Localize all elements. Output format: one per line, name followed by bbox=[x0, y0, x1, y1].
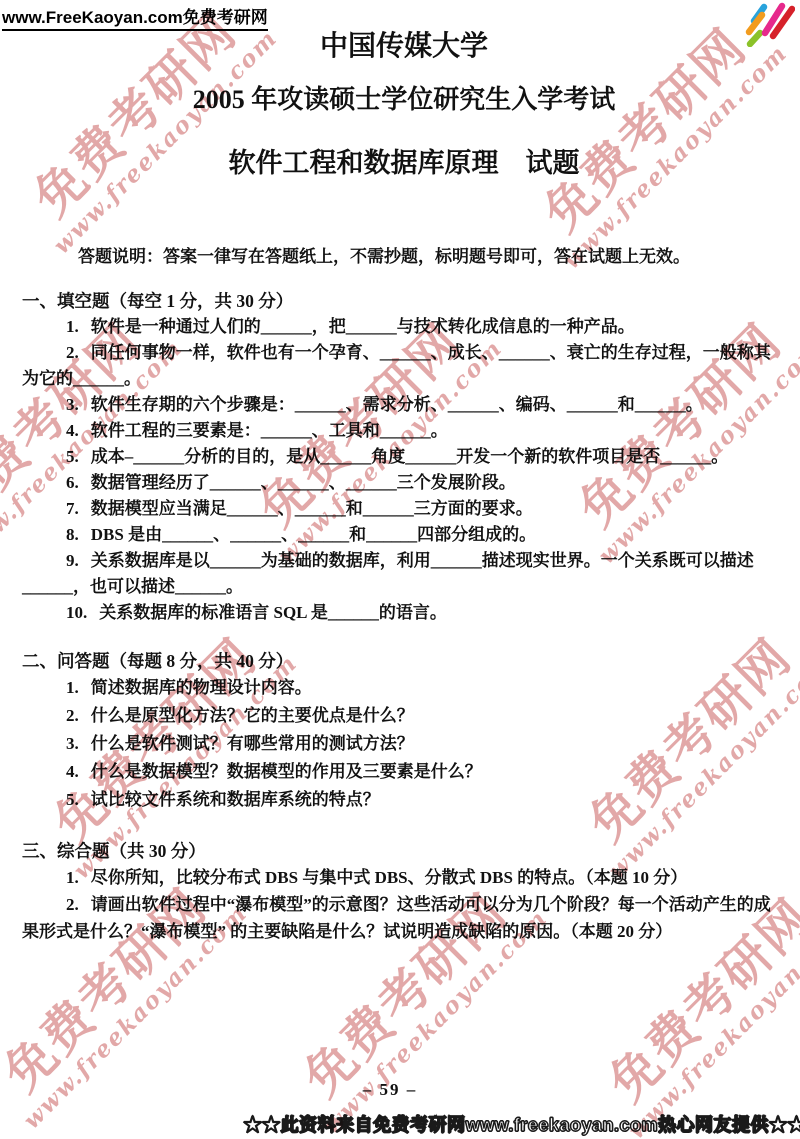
item-number: 2. bbox=[66, 895, 79, 914]
freekaoyan-logo-icon bbox=[741, 1, 795, 47]
item-text: 关系数据库是以______为基础的数据库，利用______描述现实世界。一个关系… bbox=[22, 551, 754, 596]
item-text: 关系数据库的标准语言 SQL 是______的语言。 bbox=[99, 603, 447, 622]
exam-title: 2005 年攻读硕士学位研究生入学考试 bbox=[22, 84, 786, 116]
footer-credit: ★★此资料来自免费考研网www.freekaoyan.com热心网友提供★★ bbox=[244, 1111, 800, 1137]
watermark-en-text: www.freekaoyan.com bbox=[624, 914, 800, 1139]
question-item: 2.请画出软件过程中“瀑布模型”的示意图？这些活动可以分为几个阶段？每一个活动产… bbox=[22, 891, 786, 945]
answer-instructions: 答题说明：答案一律写在答题纸上，不需抄题，标明题号即可，答在试题上无效。 bbox=[22, 244, 786, 270]
question-item: 4.软件工程的三要素是：______、工具和______。 bbox=[22, 418, 786, 444]
scanned-exam-page: www.FreeKaoyan.com免费考研网 中国传媒大学 2005 年攻读硕… bbox=[0, 0, 800, 1139]
item-text: DBS 是由______、______、______和______四部分组成的。 bbox=[91, 525, 536, 544]
item-number: 5. bbox=[66, 447, 79, 466]
question-item: 1.简述数据库的物理设计内容。 bbox=[22, 674, 786, 702]
item-text: 尽你所知，比较分布式 DBS 与集中式 DBS、分散式 DBS 的特点。（本题 … bbox=[91, 868, 687, 887]
site-banner: www.FreeKaoyan.com免费考研网 bbox=[2, 8, 268, 31]
question-item: 4.什么是数据模型？数据模型的作用及三要素是什么？ bbox=[22, 758, 786, 786]
item-number: 3. bbox=[66, 395, 79, 414]
item-text: 同任何事物一样，软件也有一个孕育、______、成长、______、衰亡的生存过… bbox=[22, 343, 771, 388]
item-text: 请画出软件过程中“瀑布模型”的示意图？这些活动可以分为几个阶段？每一个活动产生的… bbox=[22, 895, 771, 941]
page-number: – 59 – bbox=[0, 1080, 780, 1100]
section-heading-fill-blanks: 一、填空题（每空 1 分，共 30 分） bbox=[22, 288, 786, 314]
question-item: 5.成本–______分析的目的，是从______角度______开发一个新的软… bbox=[22, 444, 786, 470]
question-item: 2.什么是原型化方法？它的主要优点是什么？ bbox=[22, 702, 786, 730]
item-text: 软件生存期的六个步骤是：______、需求分析、______、编码、______… bbox=[91, 395, 703, 414]
item-text: 试比较文件系统和数据库系统的特点？ bbox=[91, 790, 380, 809]
item-number: 10. bbox=[66, 603, 87, 622]
item-text: 什么是软件测试？有哪些常用的测试方法？ bbox=[91, 734, 414, 753]
item-text: 简述数据库的物理设计内容。 bbox=[91, 678, 312, 697]
item-number: 2. bbox=[66, 343, 79, 362]
question-item: 5.试比较文件系统和数据库系统的特点？ bbox=[22, 786, 786, 814]
item-text: 数据管理经历了______、______、______三个发展阶段。 bbox=[91, 473, 516, 492]
university-title: 中国传媒大学 bbox=[22, 30, 786, 64]
item-text: 软件是一种通过人们的______，把______与技术转化成信息的一种产品。 bbox=[91, 317, 635, 336]
item-number: 9. bbox=[66, 551, 79, 570]
question-item: 1.尽你所知，比较分布式 DBS 与集中式 DBS、分散式 DBS 的特点。（本… bbox=[22, 864, 786, 891]
section-heading-comprehensive: 三、综合题（共 30 分） bbox=[22, 838, 786, 864]
item-text: 软件工程的三要素是：______、工具和______。 bbox=[91, 421, 448, 440]
subject-title: 软件工程和数据库原理 试题 bbox=[22, 146, 786, 180]
item-number: 4. bbox=[66, 762, 79, 781]
item-text: 数据模型应当满足______、______和______三方面的要求。 bbox=[91, 499, 533, 518]
item-number: 7. bbox=[66, 499, 79, 518]
question-item: 3.软件生存期的六个步骤是：______、需求分析、______、编码、____… bbox=[22, 392, 786, 418]
question-item: 6.数据管理经历了______、______、______三个发展阶段。 bbox=[22, 470, 786, 496]
question-item: 9.关系数据库是以______为基础的数据库，利用______描述现实世界。一个… bbox=[22, 548, 786, 600]
item-number: 3. bbox=[66, 734, 79, 753]
item-text: 什么是原型化方法？它的主要优点是什么？ bbox=[91, 706, 414, 725]
question-item: 7.数据模型应当满足______、______和______三方面的要求。 bbox=[22, 496, 786, 522]
item-text: 成本–______分析的目的，是从______角度______开发一个新的软件项… bbox=[91, 447, 729, 466]
item-number: 1. bbox=[66, 868, 79, 887]
section-heading-short-answer: 二、问答题（每题 8 分，共 40 分） bbox=[22, 648, 786, 674]
item-number: 6. bbox=[66, 473, 79, 492]
question-item: 8.DBS 是由______、______、______和______四部分组成… bbox=[22, 522, 786, 548]
item-number: 5. bbox=[66, 790, 79, 809]
document-body: 中国传媒大学 2005 年攻读硕士学位研究生入学考试 软件工程和数据库原理 试题… bbox=[0, 0, 800, 945]
question-item: 1.软件是一种通过人们的______，把______与技术转化成信息的一种产品。 bbox=[22, 314, 786, 340]
question-item: 2.同任何事物一样，软件也有一个孕育、______、成长、______、衰亡的生… bbox=[22, 340, 786, 392]
item-number: 2. bbox=[66, 706, 79, 725]
question-item: 3.什么是软件测试？有哪些常用的测试方法？ bbox=[22, 730, 786, 758]
logo-stripe-green bbox=[750, 33, 760, 44]
item-number: 4. bbox=[66, 421, 79, 440]
item-text: 什么是数据模型？数据模型的作用及三要素是什么？ bbox=[91, 762, 482, 781]
question-item: 10.关系数据库的标准语言 SQL 是______的语言。 bbox=[22, 600, 786, 626]
item-number: 1. bbox=[66, 678, 79, 697]
item-number: 8. bbox=[66, 525, 79, 544]
item-number: 1. bbox=[66, 317, 79, 336]
